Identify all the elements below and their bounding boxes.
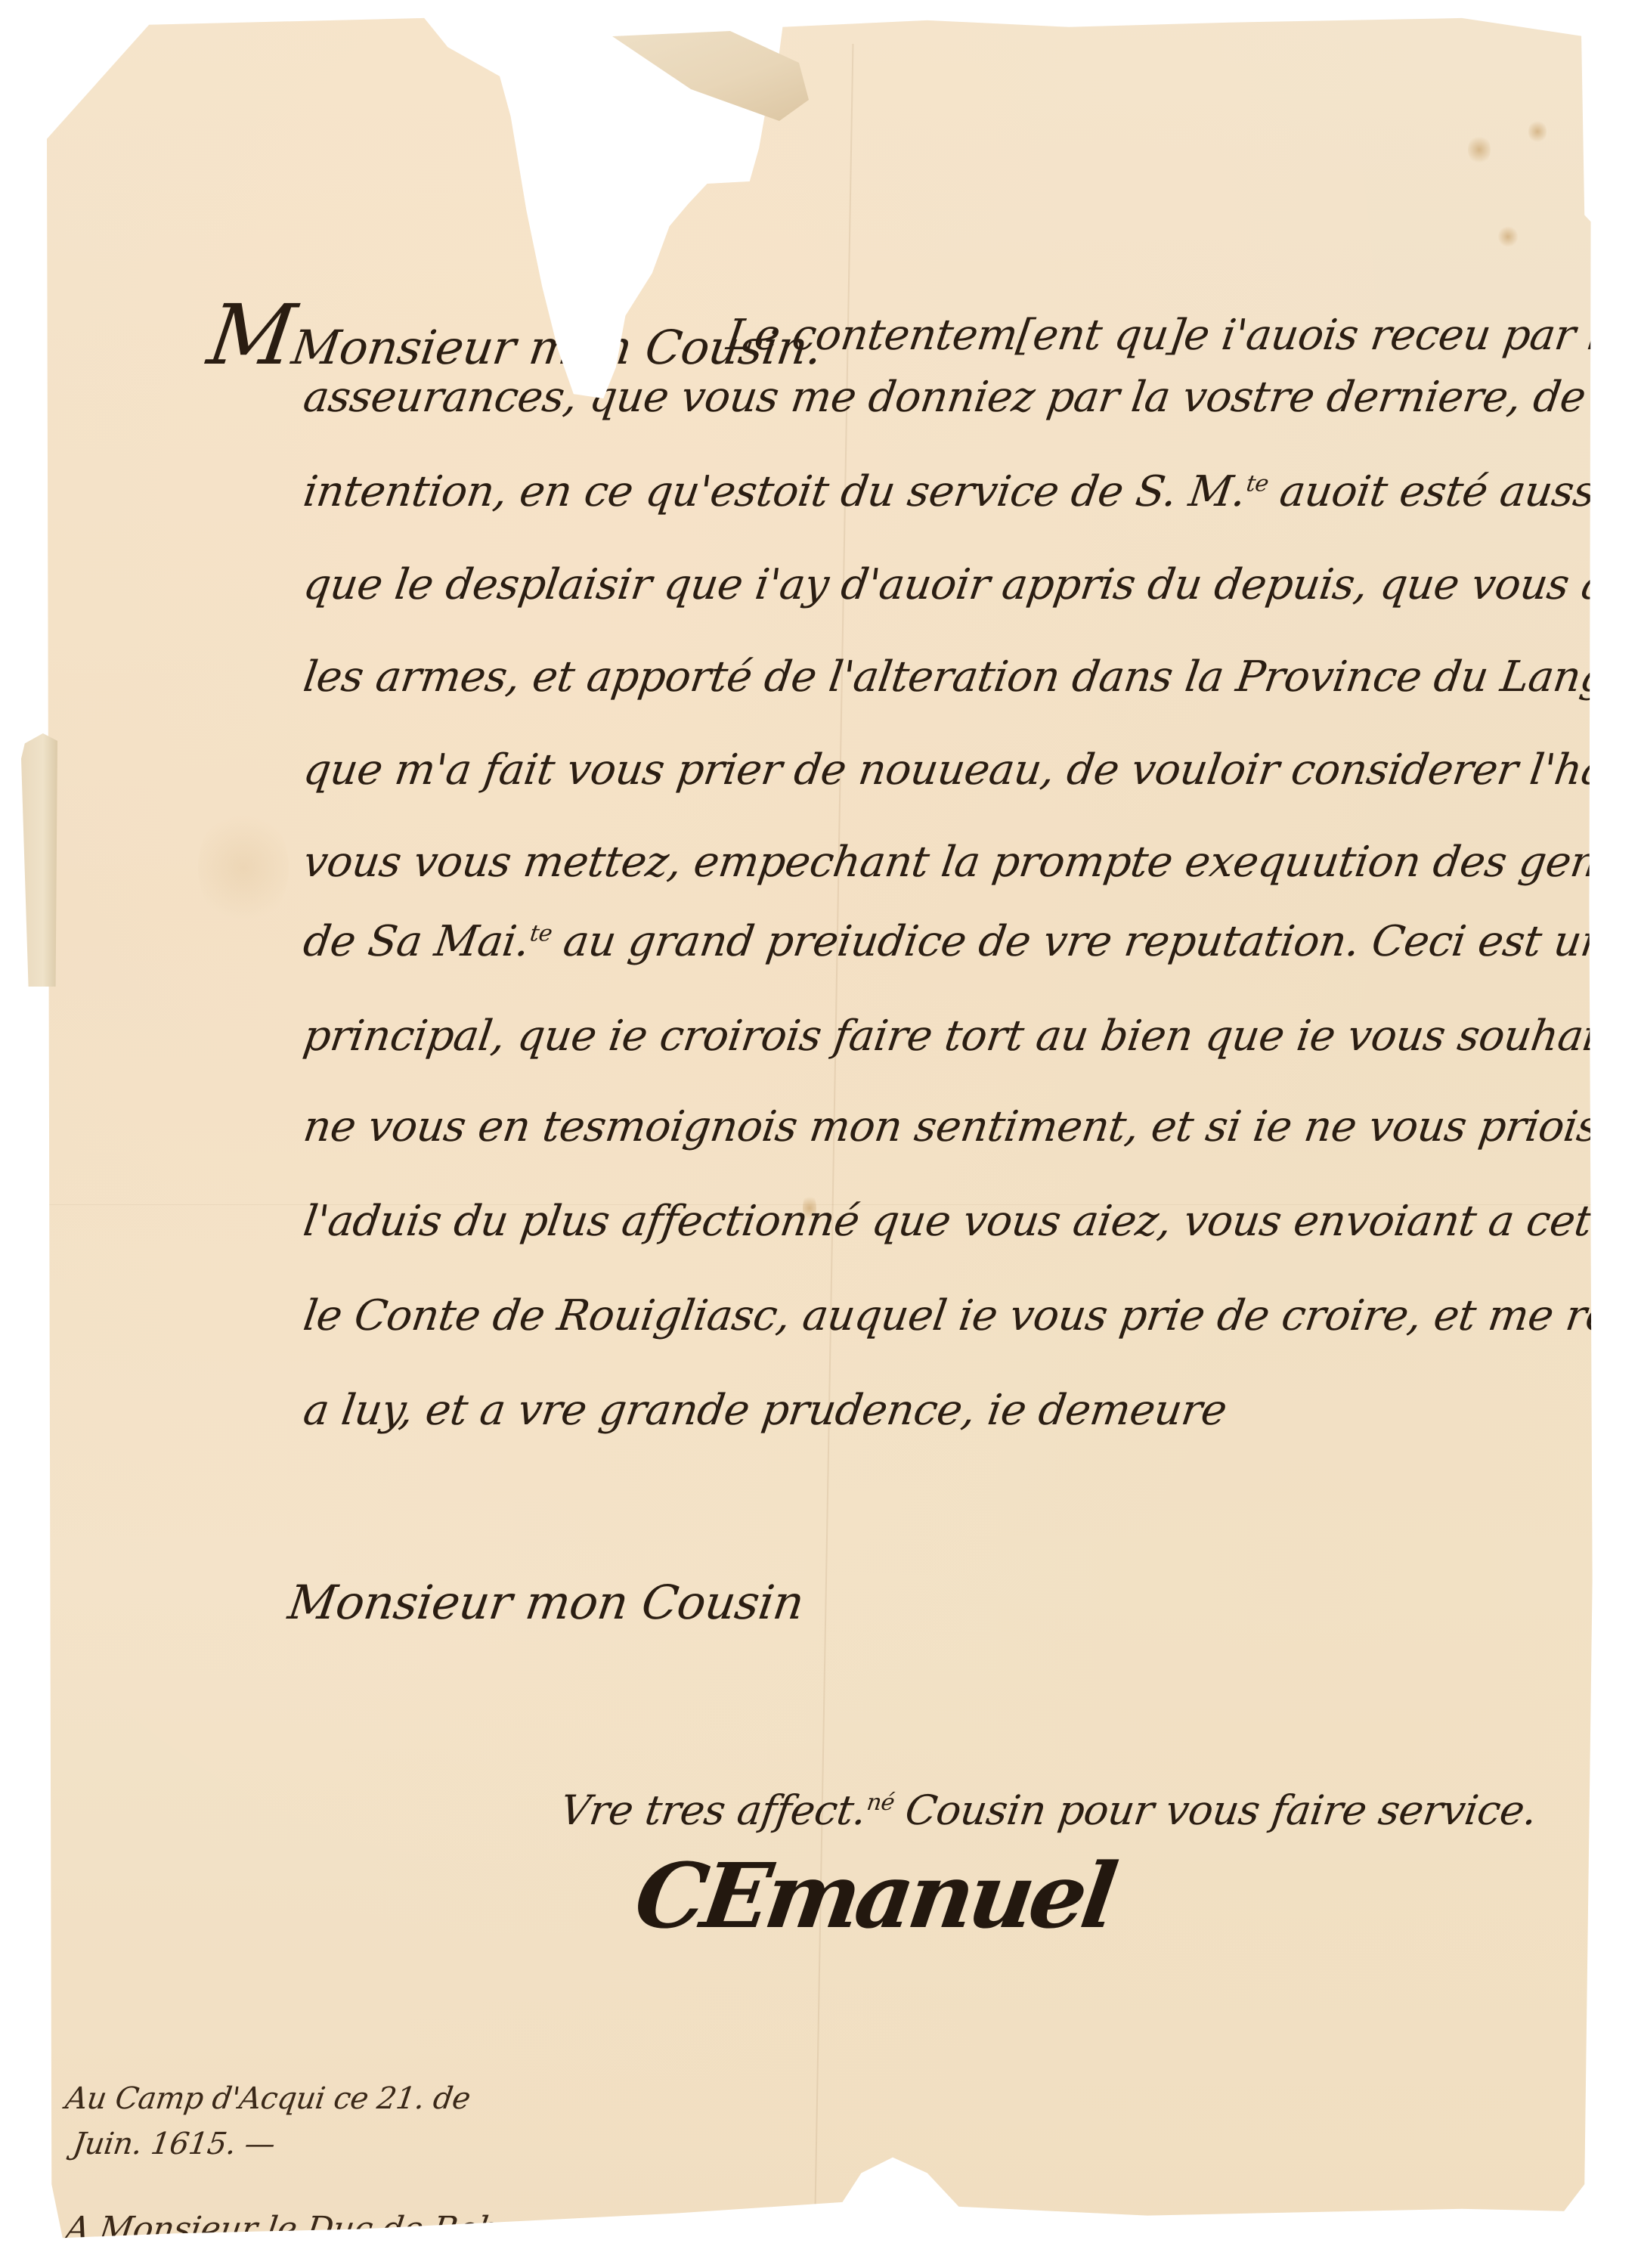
body-line-5: les armes, et apporté de l'alteration da… (300, 652, 1641, 702)
body-line-9: principal, que ie croirois faire tort au… (300, 1012, 1641, 1061)
body-line-6: que m'a fait vous prier de nouueau, de v… (300, 745, 1641, 795)
dateline-line-1: Au Camp d'Acqui ce 21. de (63, 2081, 472, 2116)
body-line-3-tail: auoit esté aussi grand (1277, 467, 1641, 516)
superscript-te: te (528, 920, 554, 947)
body-line-11: l'aduis du plus affectionné que vous aie… (300, 1197, 1641, 1246)
dateline-line-2: Juin. 1615. — (71, 2127, 277, 2161)
superscript-te: te (1245, 470, 1271, 497)
body-line-8-tail: au grand preiudice de vre reputation. Ce… (560, 917, 1641, 966)
foxing-spot (1468, 135, 1491, 165)
body-line-8-text: de Sa Mai. (300, 917, 532, 966)
body-line-7: vous vous mettez, empechant la prompte e… (300, 838, 1641, 887)
body-line-3-text: intention, en ce qu'estoit du service de… (300, 467, 1249, 516)
initial-capital-M: M (203, 287, 301, 383)
foxing-spot (1528, 119, 1547, 144)
body-line-13: a luy, et a vre grande prudence, ie deme… (300, 1386, 1229, 1435)
water-stain (198, 807, 289, 928)
body-line-3: intention, en ce qu'estoit du service de… (300, 467, 1641, 516)
signature: CEmanuel (629, 1843, 1119, 1948)
body-line-12: le Conte de Rouigliasc, auquel ie vous p… (300, 1291, 1641, 1340)
superscript-ne: né (865, 1789, 896, 1816)
body-line-8: de Sa Mai.te au grand preiudice de vre r… (300, 917, 1641, 966)
address-line: A Monsieur le Duc de Rohan. (63, 2210, 551, 2248)
binding-strip (21, 733, 57, 987)
foxing-spot (1498, 225, 1518, 248)
body-line-4: que le desplaisir que i'ay d'auoir appri… (300, 560, 1641, 609)
letter-paper: MMonsieur mon Cousin. Le contentem[ent q… (47, 14, 1619, 2251)
body-line-2: asseurances, que vous me donniez par la … (300, 373, 1641, 422)
closing-formula-tail: Cousin pour vous faire service. (903, 1786, 1540, 1834)
closing-formula: Vre tres affect.né Cousin pour vous fair… (558, 1786, 1540, 1834)
closing-salutation: Monsieur mon Cousin (285, 1575, 807, 1630)
closing-formula-text: Vre tres affect. (558, 1786, 869, 1834)
body-line-10: ne vous en tesmoignois mon sentiment, et… (300, 1102, 1641, 1151)
folded-corner (612, 15, 809, 121)
body-line-1: Le contentem[ent qu]e i'auois receu par … (723, 311, 1641, 360)
